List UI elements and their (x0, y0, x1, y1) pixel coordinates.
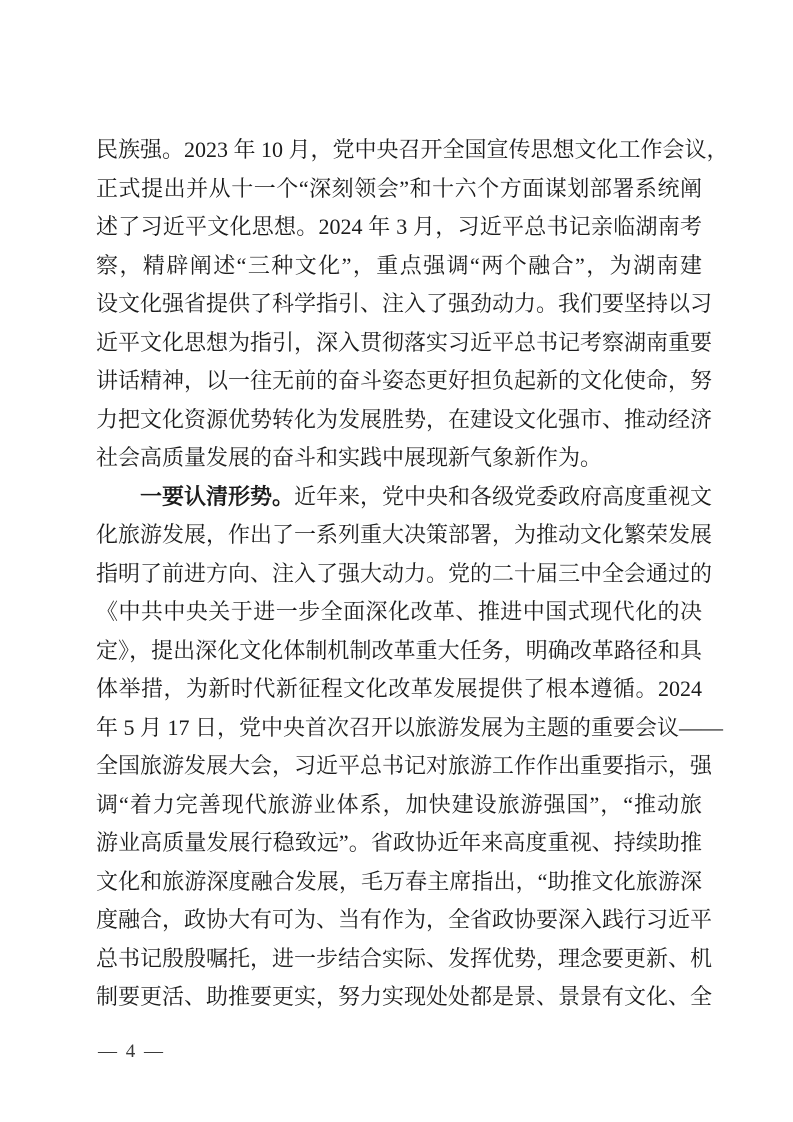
document-page: 民族强。2023 年 10 月，党中央召开全国宣传思想文化工作会议， 正式提出并… (0, 0, 793, 1122)
text-segment: 近年来，党中央和各级党委政府高度重视文 (294, 484, 712, 509)
text-line: 指明了前进方向、注入了强大动力。党的二十届三中全会通过的 (96, 555, 702, 594)
text-line: 调“着力完善现代旅游业体系，加快建设旅游强国”，“推动旅 (96, 786, 702, 825)
text-line: 定》，提出深化文化体制机制改革重大任务，明确改革路径和具 (96, 632, 702, 671)
text-line: 体举措，为新时代新征程文化改革发展提供了根本遵循。2024 (96, 670, 702, 709)
section-heading: 一要认清形势。 (140, 484, 294, 509)
text-line: 近平文化思想为指引，深入贯彻落实习近平总书记考察湖南重要 (96, 324, 702, 363)
text-line: 述了习近平文化思想。2024 年 3 月，习近平总书记亲临湖南考 (96, 208, 702, 247)
text-line: 文化和旅游深度融合发展，毛万春主席指出，“助推文化旅游深 (96, 863, 702, 902)
text-line: 力把文化资源优势转化为发展胜势，在建设文化强市、推动经济 (96, 401, 702, 440)
document-body: 民族强。2023 年 10 月，党中央召开全国宣传思想文化工作会议， 正式提出并… (96, 131, 702, 1017)
text-line: 全国旅游发展大会，习近平总书记对旅游工作作出重要指示，强 (96, 747, 702, 786)
text-line: 一要认清形势。近年来，党中央和各级党委政府高度重视文 (96, 478, 702, 517)
text-line: 制要更活、助推要更实，努力实现处处都是景、景景有文化、全 (96, 978, 702, 1017)
text-line: 社会高质量发展的奋斗和实践中展现新气象新作为。 (96, 439, 702, 478)
text-line: 年 5 月 17 日，党中央首次召开以旅游发展为主题的重要会议—— (96, 709, 702, 748)
page-number: — 4 — (98, 1038, 165, 1066)
text-line: 设文化强省提供了科学指引、注入了强劲动力。我们要坚持以习 (96, 285, 702, 324)
text-line: 度融合，政协大有可为、当有作为，全省政协要深入践行习近平 (96, 901, 702, 940)
text-line: 正式提出并从十一个“深刻领会”和十六个方面谋划部署系统阐 (96, 170, 702, 209)
text-line: 游业高质量发展行稳致远”。省政协近年来高度重视、持续助推 (96, 824, 702, 863)
text-line: 化旅游发展，作出了一系列重大决策部署，为推动文化繁荣发展 (96, 516, 702, 555)
text-line: 讲话精神，以一往无前的奋斗姿态更好担负起新的文化使命，努 (96, 362, 702, 401)
text-line: 民族强。2023 年 10 月，党中央召开全国宣传思想文化工作会议， (96, 131, 702, 170)
text-line: 总书记殷殷嘱托，进一步结合实际、发挥优势，理念要更新、机 (96, 940, 702, 979)
text-line: 《中共中央关于进一步全面深化改革、推进中国式现代化的决 (96, 593, 702, 632)
text-line: 察，精辟阐述“三种文化”，重点强调“两个融合”，为湖南建 (96, 247, 702, 286)
